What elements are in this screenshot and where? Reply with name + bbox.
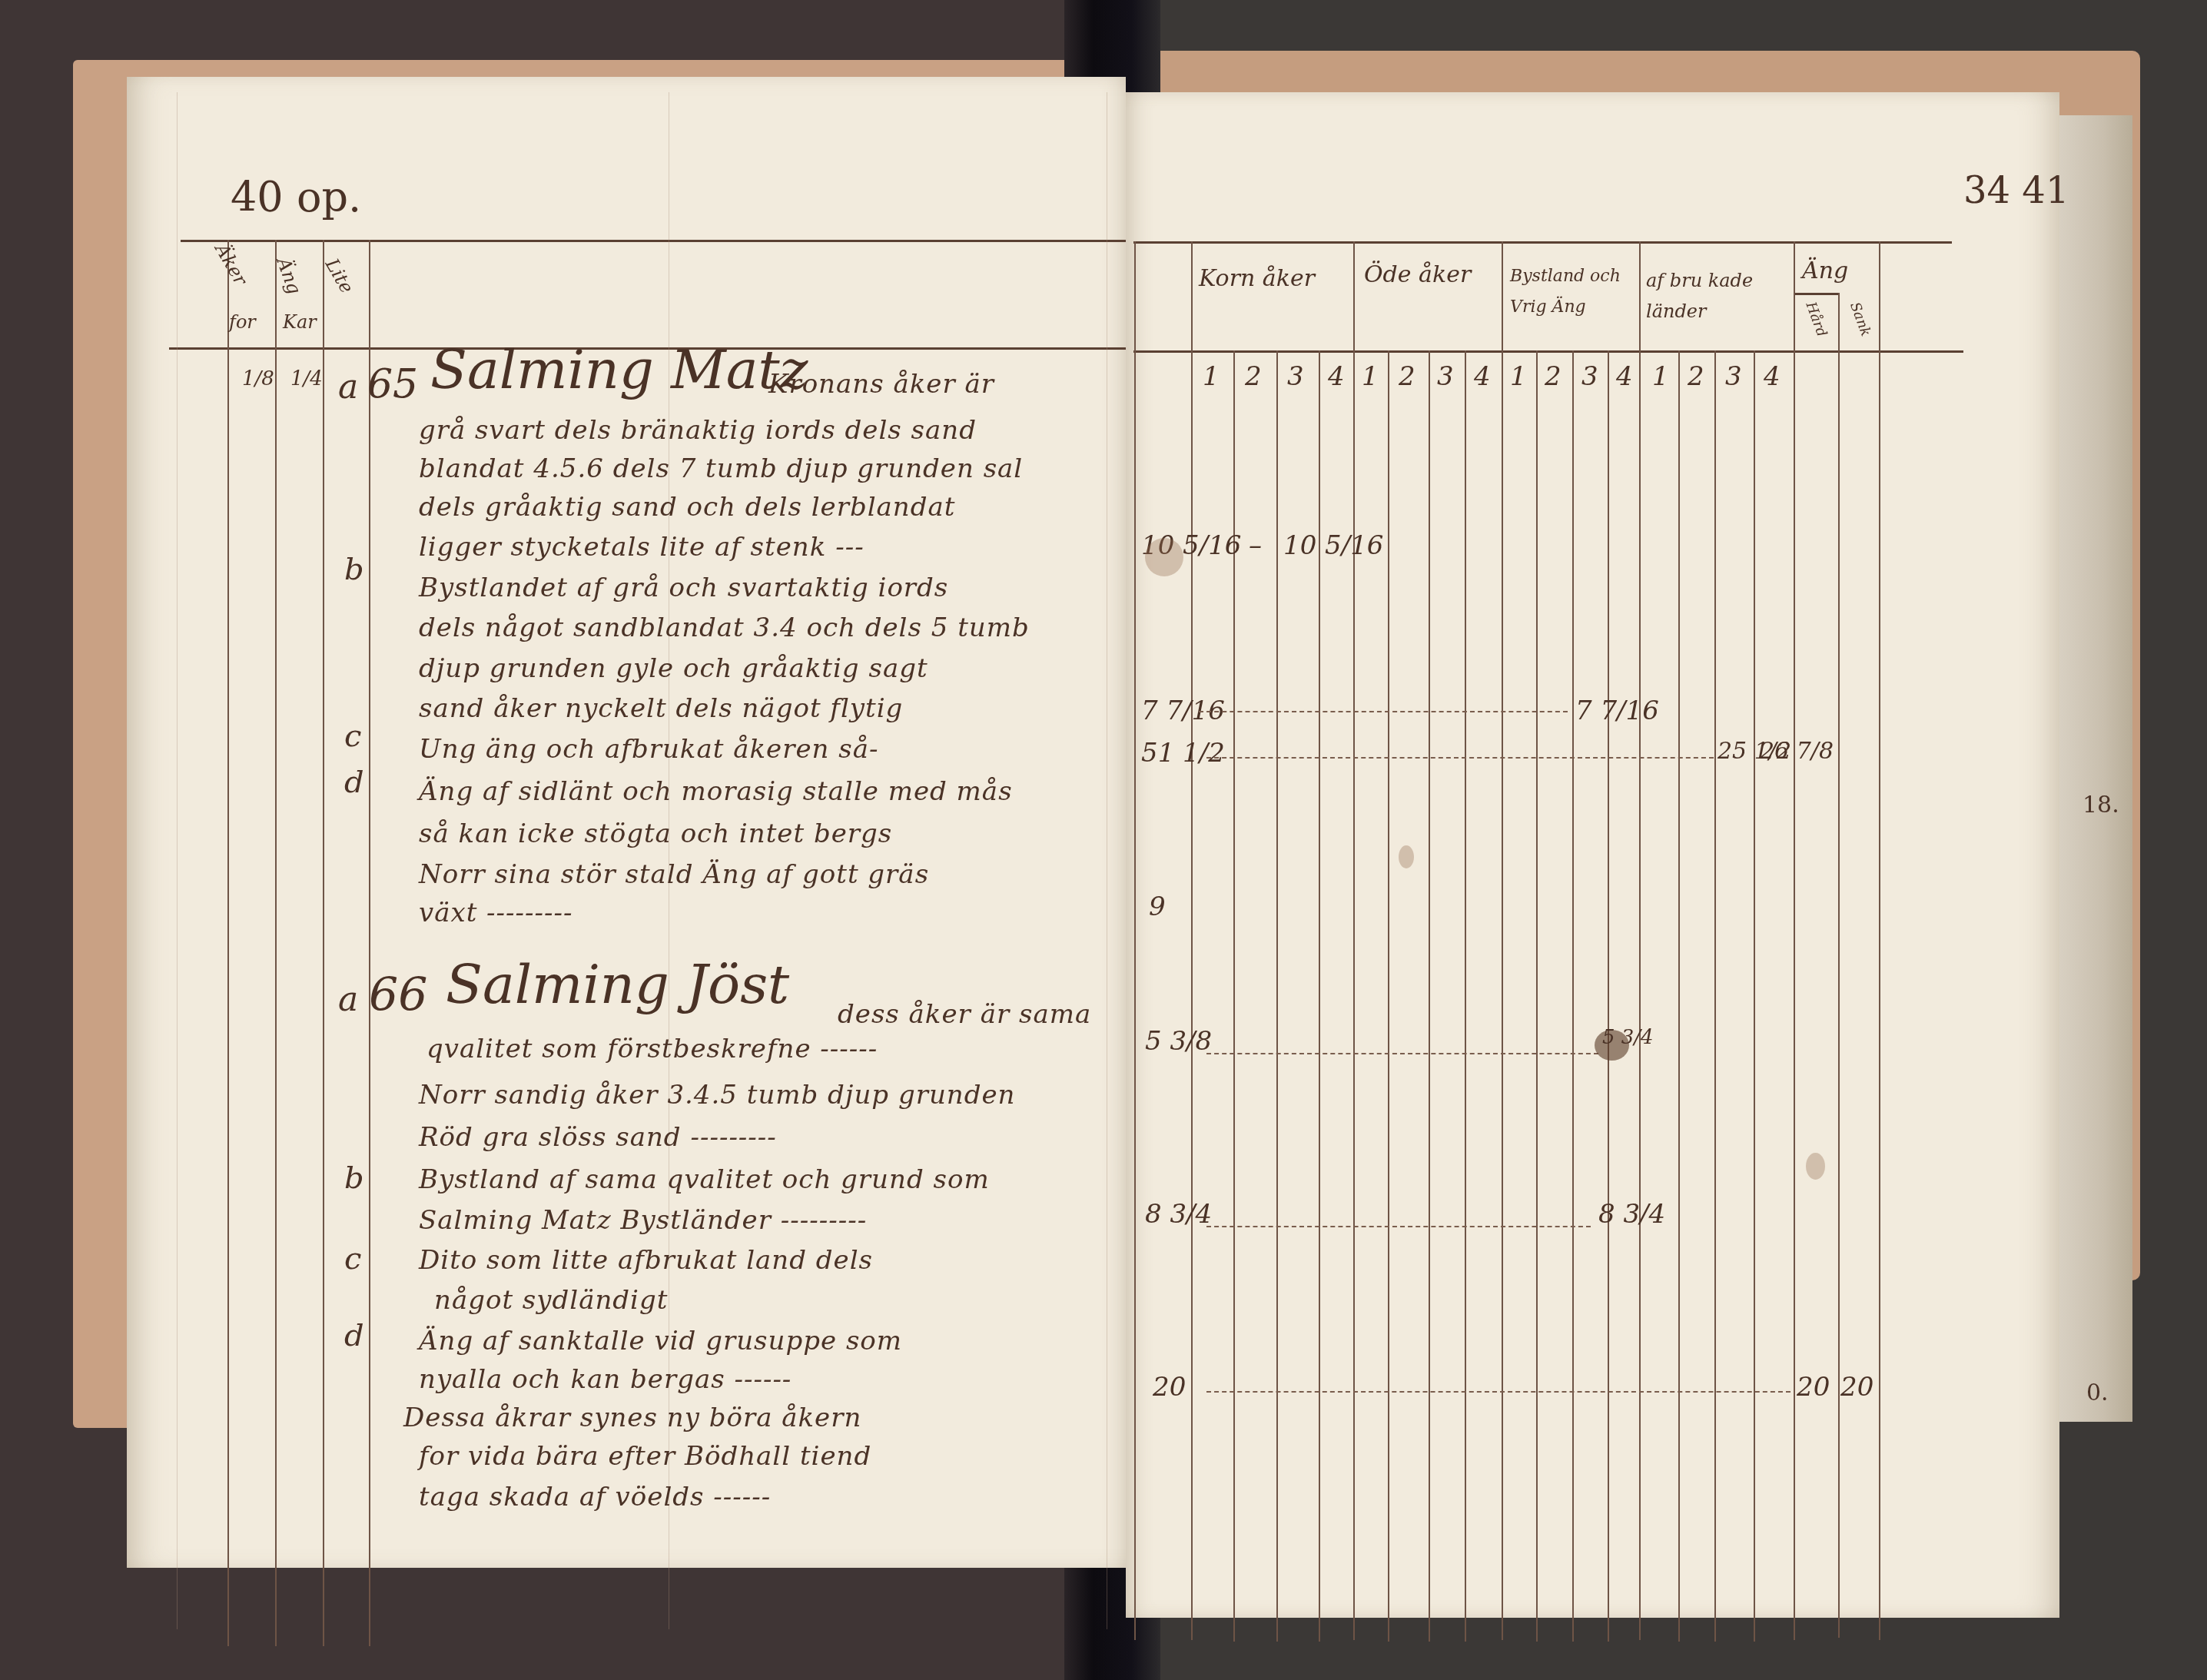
right-col-line — [1536, 350, 1538, 1642]
row-leader — [1206, 1226, 1591, 1227]
row-leader — [1206, 757, 1714, 759]
entry-66-letter-c: c — [344, 1241, 362, 1277]
entry-65-line: ligger stycketals lite af stenk --- — [419, 532, 865, 563]
subcol-byst-3: 3 — [1581, 361, 1598, 392]
right-col-line — [1678, 350, 1680, 1642]
entry-66-letter-a: a — [338, 980, 359, 1019]
entry-66-letter-d: d — [344, 1318, 365, 1353]
entry-65-line: Äng af sidlänt och morasig stalle med må… — [419, 776, 1013, 807]
subcol-ode-3: 3 — [1437, 361, 1454, 392]
entry-66-line: Dessa åkrar synes ny böra åkern — [403, 1403, 861, 1433]
entry-65-line: dels något sandblandat 3.4 och dels 5 tu… — [419, 613, 1030, 643]
right-col-line — [1838, 293, 1840, 1638]
right-col-line — [1714, 350, 1716, 1642]
entry-65-letter-a: a — [338, 367, 359, 407]
header-ang-kar: Kar — [283, 311, 317, 333]
right-col-line — [1639, 241, 1641, 1640]
subcol-byst-2: 2 — [1545, 361, 1561, 392]
entry-65-line: Ung äng och afbrukat åkeren så- — [419, 734, 878, 765]
entry-65-name: Salming Matz — [430, 338, 808, 401]
row-total: 20 — [1153, 1372, 1186, 1403]
entry-65-letter-b: b — [344, 552, 365, 587]
subcol-afbr-1: 1 — [1652, 361, 1669, 392]
entry-66-line: for vida bära efter Bödhall tiend — [419, 1441, 871, 1472]
entry-65-letter-c: c — [344, 719, 362, 754]
right-col-line — [1388, 350, 1389, 1642]
row-value-byst-3: 7 7/16 — [1575, 696, 1659, 726]
entry-65-letter-d: d — [344, 765, 365, 800]
right-col-line — [1608, 350, 1609, 1642]
row-value-byst-2: 8 3/4 — [1598, 1199, 1665, 1230]
subcol-afbr-3: 3 — [1725, 361, 1742, 392]
entry-66-line: qvalitet som förstbeskrefne ------ — [426, 1034, 878, 1064]
row-value-afbr-4: 26 7/8 — [1760, 738, 1834, 765]
subcol-korn-1: 1 — [1203, 361, 1220, 392]
right-col-line — [1429, 350, 1430, 1642]
right-col-line — [1572, 350, 1574, 1642]
subcol-korn-2: 2 — [1245, 361, 1262, 392]
entry-66-line: Norr sandig åker 3.4.5 tumb djup grunden — [419, 1080, 1015, 1111]
row-value-ang-hard: 20 — [1797, 1372, 1830, 1403]
ang-subheader-rule — [1794, 293, 1838, 295]
subcol-korn-4: 4 — [1328, 361, 1345, 392]
header-ang: Äng — [1802, 257, 1848, 284]
entry-66-line: taga skada af vöelds ------ — [419, 1482, 771, 1512]
row-total: 51 1/2 — [1141, 738, 1225, 769]
right-col-line — [1353, 241, 1355, 1640]
row-value-korn-3: 10 5/16 — [1283, 530, 1383, 561]
entry-66-line: Dito som litte afbrukat land dels — [419, 1245, 873, 1276]
row-total: 9 — [1149, 891, 1166, 922]
right-pencil-folio: 34 41 — [1963, 169, 2069, 212]
right-col-line — [1794, 241, 1795, 1640]
header-korn-aker: Korn åker — [1199, 265, 1315, 292]
entry-65-line: Kronans åker är — [768, 369, 994, 400]
header-bystland: Bystland och Vrig Äng — [1510, 261, 1633, 323]
entry-66-line: Bystland af sama qvalitet och grund som — [419, 1164, 990, 1195]
entry-65-aker-fraction: 1/8 — [242, 367, 274, 390]
subcol-ode-1: 1 — [1362, 361, 1379, 392]
row-dash: – — [1249, 530, 1262, 561]
entry-65-line: dels gråaktig sand och dels lerblandat — [419, 492, 955, 523]
entry-65-line: blandat 4.5.6 dels 7 tumb djup grunden s… — [419, 453, 1023, 484]
row-total: 8 3/4 — [1145, 1199, 1212, 1230]
entry-65-line: så kan icke stögta och intet bergs — [419, 818, 892, 849]
entry-65-line: växt --------- — [419, 898, 573, 928]
right-col-line — [1754, 350, 1755, 1642]
entry-66-line: nyalla och kan bergas ------ — [419, 1364, 792, 1395]
row-leader — [1206, 1391, 1790, 1393]
right-col-line — [1502, 241, 1503, 1640]
subcol-ode-4: 4 — [1474, 361, 1491, 392]
left-col-line-1 — [227, 240, 229, 1646]
left-col-line-4 — [369, 240, 370, 1646]
subcol-afbr-2: 2 — [1688, 361, 1704, 392]
entry-66-line: Salming Matz Bystländer --------- — [419, 1205, 867, 1236]
entry-65-line: sand åker nyckelt dels nägot flytig — [419, 693, 903, 724]
margin-mark: 18. — [2083, 792, 2119, 818]
entry-66-line: Röd gra slöss sand --------- — [419, 1122, 777, 1153]
header-ode-aker: Öde åker — [1364, 261, 1471, 288]
subcol-ode-2: 2 — [1399, 361, 1415, 392]
left-col-line-2 — [275, 240, 277, 1646]
row-value-byst-2: 5 3/4 — [1602, 1026, 1654, 1049]
entry-66-letter-b: b — [344, 1160, 365, 1196]
subcol-byst-1: 1 — [1510, 361, 1527, 392]
entry-65-ang-fraction: 1/4 — [290, 367, 323, 390]
header-afbrukade: af bru kade länder — [1646, 265, 1784, 327]
entry-65-line: grå svart dels bränaktig iords dels sand — [419, 415, 977, 446]
page-edges-right — [2059, 115, 2132, 1422]
entry-66-name: Salming Jöst — [446, 953, 789, 1016]
subcol-korn-3: 3 — [1287, 361, 1304, 392]
right-col-line — [1134, 241, 1136, 1640]
right-col-line — [1879, 241, 1880, 1640]
row-total: 5 3/8 — [1145, 1026, 1212, 1057]
entry-65-number: 65 — [367, 361, 418, 407]
subcol-byst-4: 4 — [1616, 361, 1633, 392]
left-faint-rule — [1107, 92, 1107, 1629]
entry-65-line: Norr sina stör stald Äng af gott gräs — [419, 859, 929, 890]
stain — [1145, 538, 1183, 576]
margin-mark: 0. — [2086, 1380, 2109, 1406]
entry-66-number: 66 — [369, 968, 427, 1022]
stain — [1399, 845, 1414, 868]
left-col-line-3 — [323, 240, 324, 1646]
left-pencil-folio: 40 op. — [231, 173, 361, 221]
row-leader — [1199, 711, 1568, 712]
entry-66-line: dess åker är sama — [838, 999, 1091, 1030]
entry-66-line: något sydländigt — [434, 1285, 668, 1316]
row-value-ang-sank: 20 — [1840, 1372, 1873, 1403]
row-leader — [1206, 1053, 1598, 1054]
header-aker-for: for — [229, 311, 256, 333]
right-col-line — [1191, 241, 1193, 1640]
entry-65-line: Bystlandet af grå och svartaktig iords — [419, 573, 948, 603]
stain — [1806, 1153, 1825, 1180]
left-faint-rule — [177, 92, 178, 1629]
entry-66-line: Äng af sanktalle vid grusuppe som — [419, 1326, 902, 1356]
right-header-top-rule — [1133, 241, 1952, 244]
entry-65-line: djup grunden gyle och gråaktig sagt — [419, 653, 928, 684]
right-col-line — [1276, 350, 1278, 1642]
subcol-afbr-4: 4 — [1764, 361, 1781, 392]
right-col-line — [1465, 350, 1466, 1642]
